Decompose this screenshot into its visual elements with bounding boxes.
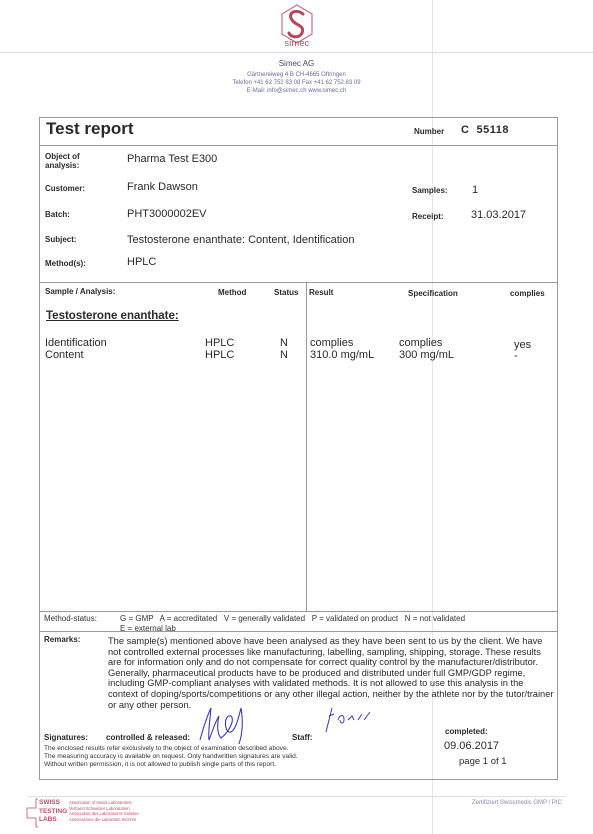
method-status-line2: E = external lab bbox=[120, 624, 550, 634]
header-divider bbox=[0, 52, 593, 53]
disclaimer-line: The enclosed results refer exclusively t… bbox=[44, 745, 404, 753]
object-label: Object of analysis: bbox=[45, 152, 105, 170]
samples-value: 1 bbox=[472, 184, 478, 196]
row-specification: 300 mg/mL bbox=[399, 349, 454, 361]
samples-label: Samples: bbox=[412, 186, 448, 195]
row-result: complies bbox=[310, 337, 353, 349]
disclaimer-line: Without written permission, it is not al… bbox=[44, 761, 404, 769]
completed-label: completed: bbox=[445, 727, 488, 736]
method-status-line1: G = GMP A = accreditated V = generally v… bbox=[120, 614, 550, 624]
completed-date: 09.06.2017 bbox=[444, 740, 499, 752]
object-value: Pharma Test E300 bbox=[127, 153, 217, 165]
controlled-released-label: controlled & released: bbox=[106, 733, 190, 742]
header-method: Method bbox=[218, 288, 246, 297]
receipt-label: Receipt: bbox=[412, 212, 444, 221]
staff-signature-icon bbox=[320, 706, 380, 734]
header-status: Status bbox=[274, 288, 298, 297]
staff-label: Staff: bbox=[292, 733, 312, 742]
company-address: Gärtnereiweg 4 B CH-4665 Oftringen bbox=[0, 72, 593, 78]
stl-line: SWISS bbox=[39, 799, 67, 808]
remarks-text: The sample(s) mentioned above have been … bbox=[108, 636, 554, 710]
remarks-label: Remarks: bbox=[44, 635, 80, 644]
method-status-label: Method-status: bbox=[44, 614, 97, 623]
row-method: HPLC bbox=[205, 337, 234, 349]
methods-label: Method(s): bbox=[45, 259, 86, 268]
batch-label: Batch: bbox=[45, 210, 70, 219]
signatures-label: Signatures: bbox=[44, 733, 88, 742]
stl-line: LABS bbox=[39, 816, 67, 825]
row-analysis: Content bbox=[45, 349, 84, 361]
customer-value: Frank Dawson bbox=[127, 181, 198, 193]
page-number: page 1 of 1 bbox=[459, 756, 507, 767]
controller-signature-icon bbox=[195, 702, 275, 747]
report-number-label: Number bbox=[414, 127, 444, 136]
row-method: HPLC bbox=[205, 349, 234, 361]
association-line: Association des Laboratoires Suisses bbox=[69, 811, 139, 817]
subject-label: Subject: bbox=[45, 235, 77, 244]
row-specification: complies bbox=[399, 337, 442, 349]
report-title: Test report bbox=[46, 119, 134, 139]
customer-label: Customer: bbox=[45, 184, 85, 193]
subject-value: Testosterone enanthate: Content, Identif… bbox=[127, 234, 355, 246]
company-name: Simec AG bbox=[0, 59, 593, 68]
receipt-value: 31.03.2017 bbox=[471, 209, 526, 221]
methods-value: HPLC bbox=[127, 256, 156, 268]
association-line: Association of Swiss Laboratories bbox=[69, 800, 139, 806]
method-status-legend: G = GMP A = accreditated V = generally v… bbox=[120, 614, 550, 634]
company-phone-fax: Telefon +41 62 752 83 08 Fax +41 62 752 … bbox=[0, 80, 593, 86]
row-result: 310.0 mg/mL bbox=[310, 349, 374, 361]
table-column-divider bbox=[306, 282, 307, 611]
section-title: Testosterone enanthate: bbox=[46, 310, 179, 322]
disclaimer: The enclosed results refer exclusively t… bbox=[44, 745, 404, 770]
company-email-web: E-Mail: info@simec.ch www.simec.ch bbox=[0, 88, 593, 94]
table-header-divider bbox=[39, 282, 558, 283]
header-specification: Specification bbox=[408, 289, 458, 298]
header-sample: Sample / Analysis: bbox=[45, 287, 115, 296]
title-divider bbox=[39, 145, 558, 146]
row-analysis: Identification bbox=[45, 337, 107, 349]
report-number: C 55118 bbox=[461, 124, 509, 136]
header-result: Result bbox=[309, 288, 333, 297]
certification-text: Zertifiziert Swissmedic GMP / PIC bbox=[472, 800, 562, 806]
batch-value: PHT3000002EV bbox=[127, 208, 207, 220]
stl-line: TESTING bbox=[39, 808, 67, 817]
row-complies: - bbox=[514, 350, 518, 362]
swiss-testing-labs-text: SWISS TESTING LABS bbox=[39, 799, 67, 825]
brand-name: simec bbox=[270, 38, 324, 48]
footer-divider bbox=[28, 796, 566, 797]
table-bottom-divider bbox=[39, 611, 558, 612]
row-status: N bbox=[280, 349, 288, 361]
association-names: Association of Swiss Laboratories Verban… bbox=[69, 800, 139, 822]
association-line: Associazione dei Laboratori Svizzeri bbox=[69, 817, 139, 823]
header-complies: complies bbox=[510, 289, 545, 298]
row-status: N bbox=[280, 337, 288, 349]
disclaimer-line: The measuring accuracy is available on r… bbox=[44, 753, 404, 761]
